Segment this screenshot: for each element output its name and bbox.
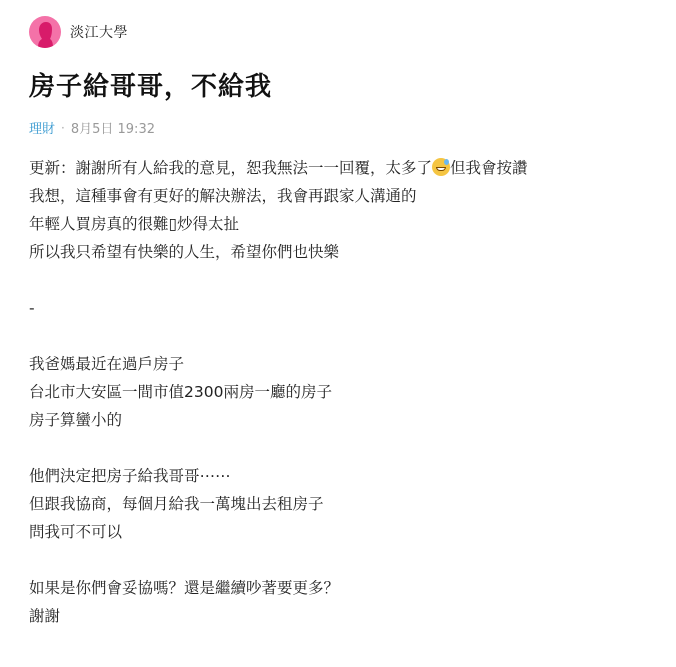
content-line: 更新：謝謝所有人給我的意見，恕我無法一一回覆，太多了但我會按讚: [29, 154, 528, 182]
content-line: [29, 434, 528, 462]
meta-separator: ·: [61, 121, 65, 135]
content-line: 所以我只希望有快樂的人生，希望你們也快樂: [29, 238, 528, 266]
post-timestamp: 8月5日 19:32: [71, 118, 155, 137]
content-line: 但跟我協商，每個月給我一萬塊出去租房子: [29, 490, 528, 518]
content-line: -: [29, 294, 528, 322]
content-line: 問我可不可以: [29, 518, 528, 546]
content-line: [29, 266, 528, 294]
grinning-sweat-emoji-icon: [432, 158, 450, 176]
line-text-after: 但我會按讚: [450, 159, 528, 177]
content-line: 房子算蠻小的: [29, 406, 528, 434]
post-content: 更新：謝謝所有人給我的意見，恕我無法一一回覆，太多了但我會按讚 我想，這種事會有…: [29, 154, 528, 630]
content-line: 我想，這種事會有更好的解決辦法，我會再跟家人溝通的: [29, 182, 528, 210]
content-line: 台北市大安區一間市值2300兩房一廳的房子: [29, 378, 528, 406]
line-text: 更新：謝謝所有人給我的意見，恕我無法一一回覆，太多了: [29, 159, 432, 177]
content-line: 年輕人買房真的很難▯炒得太扯: [29, 210, 528, 238]
content-line: 謝謝: [29, 602, 528, 630]
post-meta: 理財 · 8月5日 19:32: [29, 118, 155, 137]
forum-header[interactable]: 淡江大學: [29, 16, 128, 48]
forum-name[interactable]: 淡江大學: [70, 22, 128, 42]
female-avatar-icon[interactable]: [29, 16, 61, 48]
content-line: [29, 546, 528, 574]
post-title: 房子給哥哥，不給我: [29, 66, 272, 103]
content-line: [29, 322, 528, 350]
content-line: 我爸媽最近在過戶房子: [29, 350, 528, 378]
content-line: 他們決定把房子給我哥哥⋯⋯: [29, 462, 528, 490]
content-line: 如果是你們會妥協嗎？還是繼續吵著要更多？: [29, 574, 528, 602]
category-link[interactable]: 理財: [29, 118, 55, 137]
